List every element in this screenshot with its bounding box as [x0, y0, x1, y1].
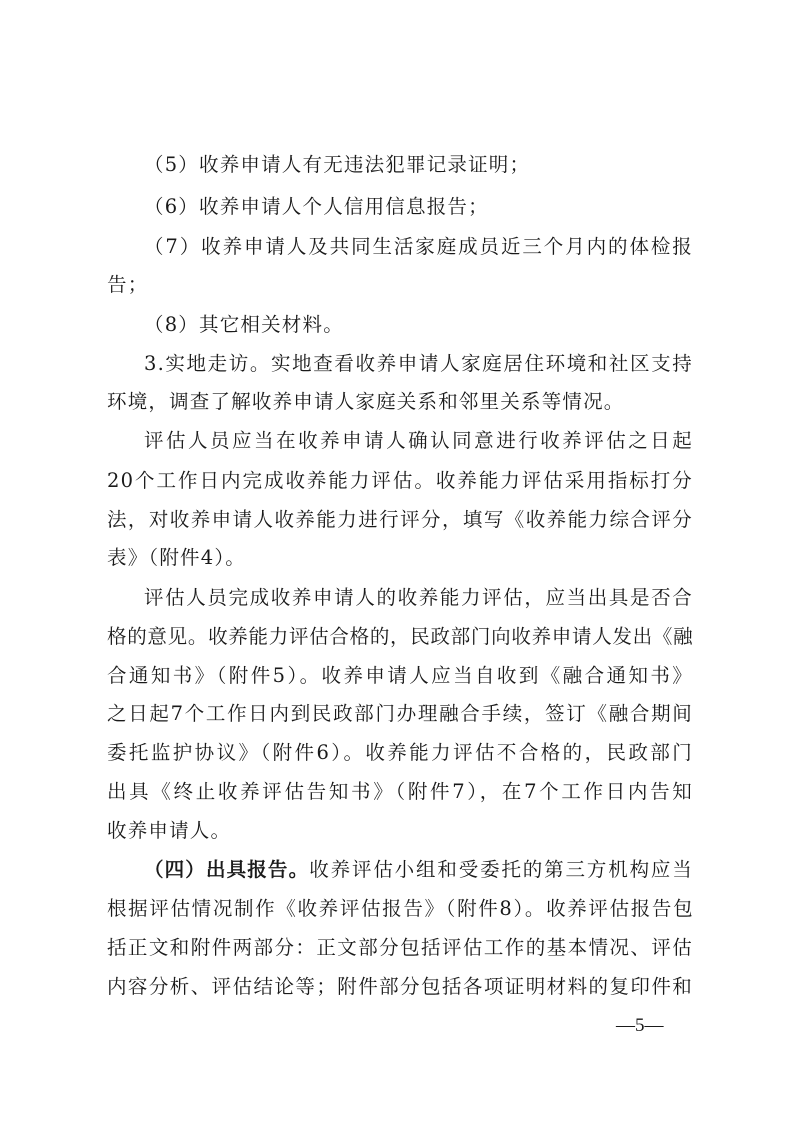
section-heading: （四）出具报告。	[144, 858, 309, 881]
text-line: 内容分析、评估结论等；附件部分包括各项证明材料的复印件和	[107, 973, 693, 1001]
section-text: 收养评估小组和受委托的第三方机构应当	[309, 858, 693, 881]
page-number: —5—	[616, 1012, 696, 1040]
text-line: 之日起7个工作日内到民政部门办理融合手续，签订《融合期间	[107, 700, 693, 728]
text-line: （6）收养申请人个人信用信息报告；	[107, 193, 693, 221]
text-line: （8）其它相关材料。	[107, 311, 693, 339]
text-line: 根据评估情况制作《收养评估报告》（附件8）。收养评估报告包	[107, 895, 693, 923]
text-line: 20个工作日内完成收养能力评估。收养能力评估采用指标打分	[107, 467, 693, 495]
text-line: 收养申请人。	[107, 817, 693, 845]
text-line: 告；	[107, 271, 693, 299]
text-line: （7）收养申请人及共同生活家庭成员近三个月内的体检报	[107, 233, 693, 261]
text-line: 3.实地走访。实地查看收养申请人家庭居住环境和社区支持	[107, 350, 693, 378]
text-line: 环境，调查了解收养申请人家庭关系和邻里关系等情况。	[107, 388, 693, 416]
text-line: 法，对收养申请人收养能力进行评分，填写《收养能力综合评分	[107, 506, 693, 534]
document-page: （5）收养申请人有无违法犯罪记录证明； （6）收养申请人个人信用信息报告； （7…	[0, 0, 793, 1122]
text-line: 合通知书》（附件5）。收养申请人应当自收到《融合通知书》	[107, 662, 693, 690]
section-heading-line: （四）出具报告。收养评估小组和受委托的第三方机构应当	[107, 856, 693, 884]
text-line: 格的意见。收养能力评估合格的，民政部门向收养申请人发出《融	[107, 623, 693, 651]
text-line: （5）收养申请人有无违法犯罪记录证明；	[107, 151, 693, 179]
text-line: 评估人员完成收养申请人的收养能力评估，应当出具是否合	[107, 584, 693, 612]
text-line: 评估人员应当在收养申请人确认同意进行收养评估之日起	[107, 427, 693, 455]
text-line: 委托监护协议》（附件6）。收养能力评估不合格的，民政部门	[107, 739, 693, 767]
text-line: 表》（附件4）。	[107, 544, 693, 572]
text-line: 括正文和附件两部分：正文部分包括评估工作的基本情况、评估	[107, 934, 693, 962]
text-line: 出具《终止收养评估告知书》（附件7），在7个工作日内告知	[107, 778, 693, 806]
